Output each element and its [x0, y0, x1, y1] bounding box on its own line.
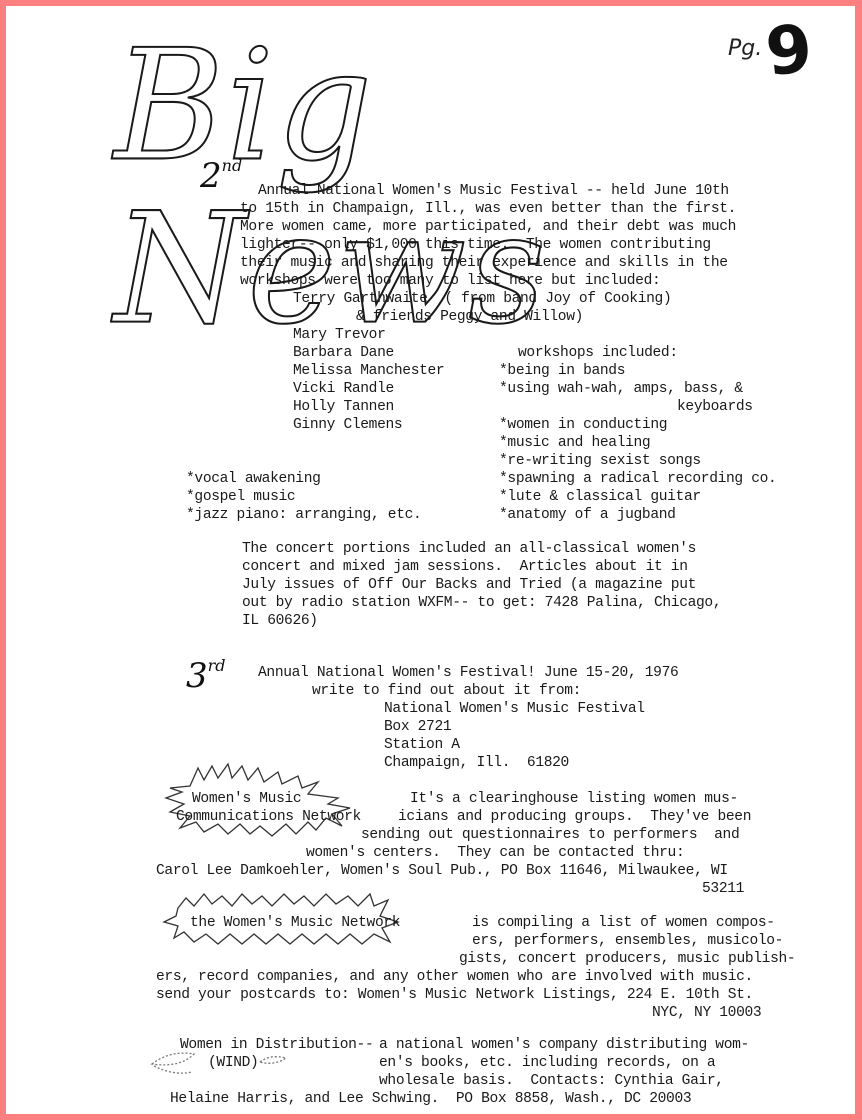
workshop-item: *vocal awakening	[186, 470, 321, 488]
network-line: icians and producing groups. They've bee…	[398, 808, 751, 826]
burst-label-line: Communications Network	[176, 808, 361, 826]
festival-1976-headline: Annual National Women's Festival! June 1…	[258, 664, 678, 682]
concert-line: concert and mixed jam sessions. Articles…	[242, 558, 688, 576]
page-label: Pg.	[728, 36, 762, 61]
ordinal-2nd: 2nd	[200, 156, 242, 196]
workshop-item: *re-writing sexist songs	[499, 452, 701, 470]
burst-label-line: the Women's Music Network	[190, 914, 400, 932]
workshop-item: *gospel music	[186, 488, 295, 506]
performer: Melissa Manchester	[293, 362, 444, 380]
mnet-city: NYC, NY 10003	[652, 1004, 761, 1022]
workshop-item: *being in bands	[499, 362, 625, 380]
wind-label: Women in Distribution--	[180, 1036, 373, 1054]
address-line: Champaign, Ill. 61820	[384, 754, 569, 772]
concert-line: The concert portions included an all-cla…	[242, 540, 696, 558]
performer: Vicki Randle	[293, 380, 394, 398]
wind-line: a national women's company distributing …	[379, 1036, 749, 1054]
festival-line-2: to 15th in Champaign, Ill., was even bet…	[240, 200, 736, 218]
festival-line-5: their music and sharing their experience…	[240, 254, 728, 272]
page-number: 9	[762, 10, 816, 91]
network-contact: Carol Lee Damkoehler, Women's Soul Pub.,…	[156, 862, 728, 880]
network-line: It's a clearinghouse listing women mus-	[410, 790, 738, 808]
festival-line-1: Annual National Women's Music Festival -…	[258, 182, 729, 200]
workshop-item: *using wah-wah, amps, bass, &	[499, 380, 743, 398]
address-line: National Women's Music Festival	[384, 700, 645, 718]
workshop-item: *spawning a radical recording co.	[499, 470, 776, 488]
ordinal-3rd: 3rd	[186, 656, 226, 696]
performer: Ginny Clemens	[293, 416, 402, 434]
burst-label-line: Women's Music	[192, 790, 301, 808]
network-zip: 53211	[702, 880, 744, 898]
network-line: sending out questionnaires to performers…	[361, 826, 739, 844]
workshop-item: *lute & classical guitar	[499, 488, 701, 506]
performer: Terry Garthwaite ( from band Joy of Cook…	[293, 290, 671, 308]
document-page: Big News Pg. 9 2nd Annual National Women…	[6, 6, 855, 1114]
concert-line: IL 60626)	[242, 612, 318, 630]
wind-line: wholesale basis. Contacts: Cynthia Gair,	[379, 1072, 724, 1090]
workshop-item: *music and healing	[499, 434, 650, 452]
workshop-item: *women in conducting	[499, 416, 667, 434]
mnet-line: send your postcards to: Women's Music Ne…	[156, 986, 753, 1004]
festival-line-4: lighter-- only $1,000 this time. The wom…	[240, 236, 711, 254]
mnet-line: ers, record companies, and any other wom…	[156, 968, 753, 986]
performer: Mary Trevor	[293, 326, 386, 344]
wind-sublabel: (WIND)	[208, 1054, 258, 1072]
concert-line: out by radio station WXFM-- to get: 7428…	[242, 594, 721, 612]
workshops-heading: workshops included:	[518, 344, 678, 362]
workshop-item: *jazz piano: arranging, etc.	[186, 506, 421, 524]
mnet-line: ers, performers, ensembles, musicolo-	[472, 932, 783, 950]
wind-line: Helaine Harris, and Lee Schwing. PO Box …	[170, 1090, 691, 1108]
address-line: Box 2721	[384, 718, 451, 736]
concert-line: July issues of Off Our Backs and Tried (…	[242, 576, 696, 594]
festival-line-6: workshops were too many to list here but…	[240, 272, 660, 290]
wind-line: en's books, etc. including records, on a	[379, 1054, 715, 1072]
festival-1976-subline: write to find out about it from:	[312, 682, 581, 700]
workshop-item: *anatomy of a jugband	[499, 506, 676, 524]
mnet-line: is compiling a list of women compos-	[472, 914, 775, 932]
festival-line-3: More women came, more participated, and …	[240, 218, 736, 236]
workshop-item: keyboards	[677, 398, 753, 416]
address-line: Station A	[384, 736, 460, 754]
performer: Holly Tannen	[293, 398, 394, 416]
performer: & friends Peggy and Willow)	[356, 308, 583, 326]
performer: Barbara Dane	[293, 344, 394, 362]
mnet-line: gists, concert producers, music publish-	[459, 950, 795, 968]
network-line: women's centers. They can be contacted t…	[306, 844, 684, 862]
